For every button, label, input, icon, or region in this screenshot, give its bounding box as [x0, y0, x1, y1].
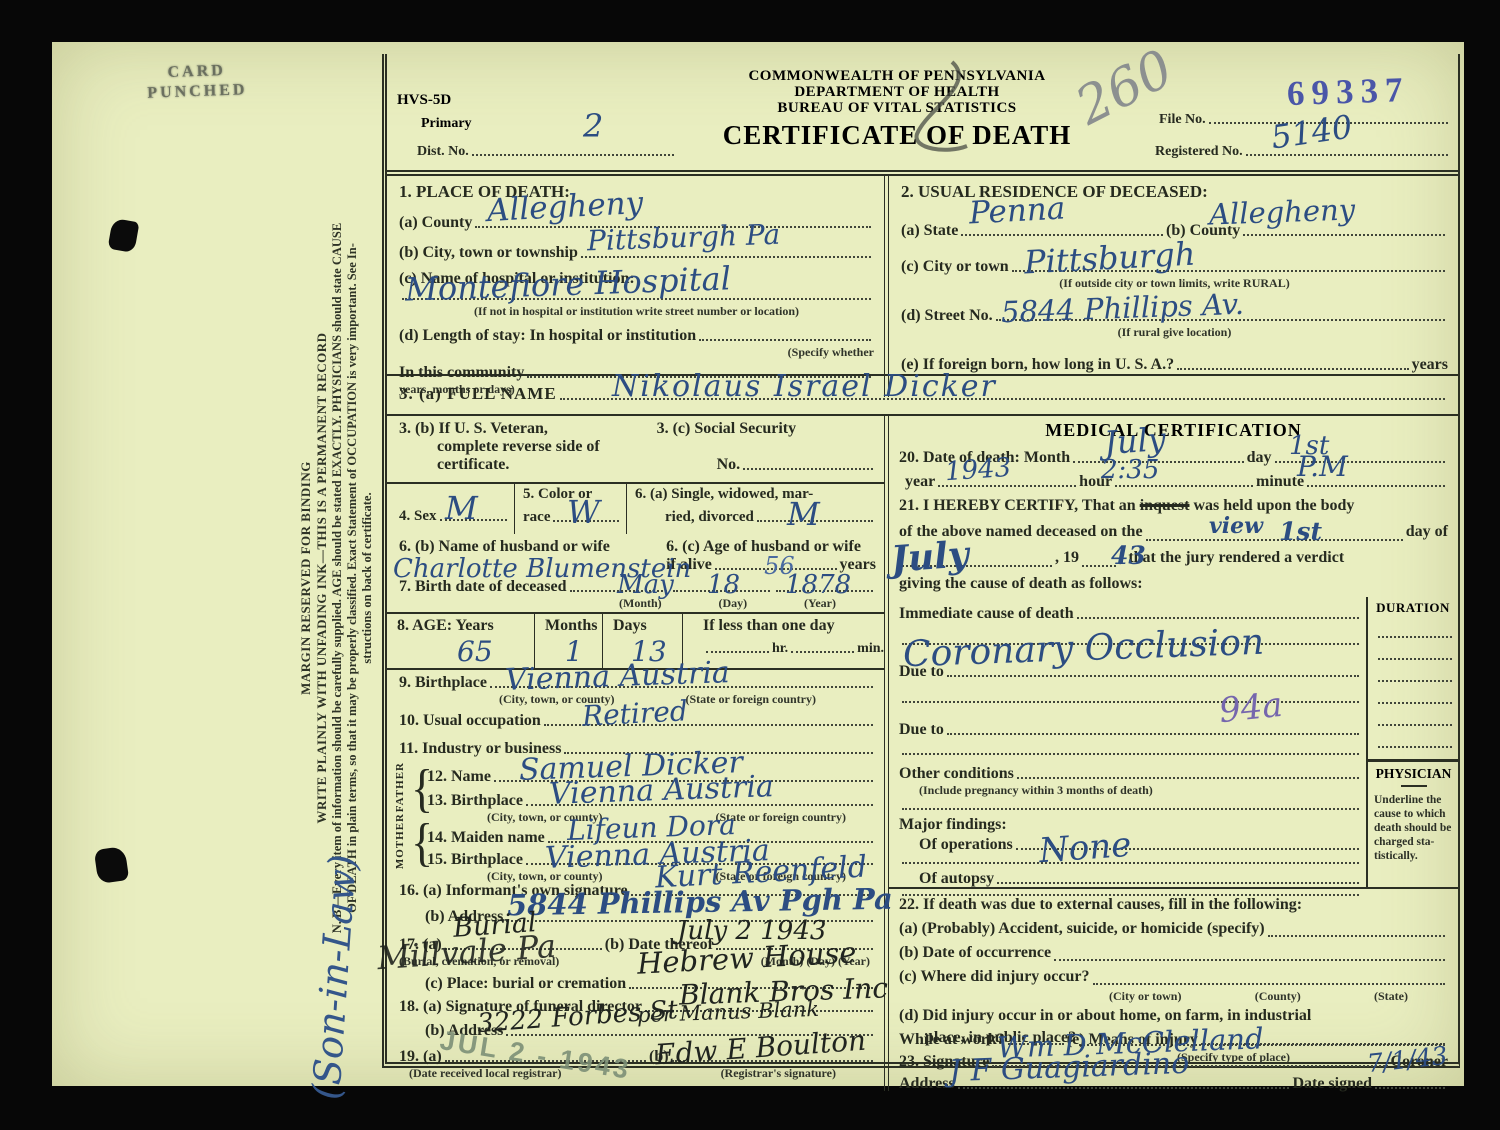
immediate-cause-blank — [1077, 617, 1359, 619]
age-years-cell: 8. AGE: Years 65 — [387, 614, 535, 668]
s22-a-blank — [1268, 935, 1445, 937]
other-conditions-fields: Other conditions (Include pregnancy with… — [889, 759, 1366, 887]
s22-a-line: (a) (Probably) Accident, suicide, or hom… — [899, 917, 1448, 941]
veteran-block: 3. (b) If U. S. Veteran, complete revers… — [399, 420, 657, 482]
s22-b-line: (b) Date of occurrence — [899, 941, 1448, 965]
coroner-addr-blank — [958, 1087, 1290, 1089]
birthdate-year-value: 1878 — [785, 572, 851, 598]
full-name-value: Nikolaus Israel Dicker — [612, 372, 997, 402]
hr-label: hr. — [772, 641, 788, 657]
due-to-1-blank — [947, 675, 1359, 677]
dod-month-value: July — [1103, 423, 1167, 459]
s2-state-label: (a) State — [901, 222, 958, 240]
duration-line — [1378, 724, 1452, 726]
informant-addr-value: 5844 Phillips Av Pgh Pa — [507, 885, 893, 921]
cause-of-death-grid: Immediate cause of death Coronary Occlus… — [889, 597, 1458, 759]
age-less-label: If less than one day — [703, 617, 835, 634]
form-header: HVS-5D Primary Dist. No. 2 COMMONWEALTH … — [387, 54, 1458, 176]
autopsy-value: None — [1038, 828, 1132, 868]
color-race-cell: 5. Color or race W — [515, 484, 627, 534]
ssn-blank — [743, 468, 873, 470]
certificate-form: HVS-5D Primary Dist. No. 2 COMMONWEALTH … — [382, 54, 1460, 1068]
due-to-2-label: Due to — [899, 721, 944, 739]
dod-minute-value: P.M — [1297, 453, 1348, 481]
mother-brace: { — [411, 817, 427, 870]
left-column: 3. (b) If U. S. Veteran, complete revers… — [387, 416, 884, 1091]
page-background: { "colors": { "paper": "#e9eec0", "print… — [0, 0, 1500, 1130]
date-signed-label: Date signed — [1292, 1075, 1372, 1093]
s1-stay-line: (d) Length of stay: In hospital or insti… — [399, 319, 874, 345]
section-usual-residence: 2. USUAL RESIDENCE OF DECEASED: (a) Stat… — [889, 176, 1458, 397]
autopsy-blank — [997, 882, 1359, 884]
other-conditions-line: Other conditions — [899, 761, 1362, 783]
margin-line1: MARGIN RESERVED FOR BINDING — [298, 84, 314, 1072]
while-at-work-label: While at work? — [899, 1031, 1005, 1049]
main-columns: 3. (b) If U. S. Veteran, complete revers… — [387, 416, 1458, 1091]
file-no-label: File No. — [1159, 112, 1206, 128]
s22-b-blank — [1054, 959, 1445, 961]
coroner-addr-label: Address — [899, 1075, 955, 1093]
due2-blank2 — [902, 753, 1359, 755]
occupation-value: Retired — [581, 697, 688, 730]
punch-hole-bottom — [94, 846, 129, 884]
certify-month-value: July — [890, 536, 970, 577]
certify-day-blank — [1146, 539, 1403, 541]
card-punched-stamp: CARD PUNCHED — [146, 60, 247, 103]
right-column-medical: MEDICAL CERTIFICATION 20. Date of death:… — [889, 416, 1458, 1091]
s2-years-suffix: years — [1412, 356, 1448, 374]
full-name-row: 3. (a) FULL NAME Nikolaus Israel Dicker — [387, 376, 1458, 416]
duration-line — [1378, 636, 1452, 638]
operations-label: Of operations — [899, 836, 1013, 854]
spouse-name-block: 6. (b) Name of husband or wife Charlotte… — [399, 538, 666, 574]
min-blank — [791, 651, 854, 653]
certify-p2: was held upon the body — [1193, 497, 1354, 514]
veteran-label: 3. (b) If U. S. Veteran, — [399, 420, 657, 438]
s1-stay-label: (d) Length of stay: In hospital or insti… — [399, 327, 696, 345]
dist-no-label: Dist. No. — [417, 144, 469, 160]
marital-label2: ried, divorced — [635, 509, 754, 526]
form-code: HVS-5D — [397, 92, 451, 109]
certify-l3a: , 19 — [1055, 545, 1079, 571]
date-signed-blank — [1375, 1087, 1445, 1089]
certify-l3b: ; that the jury rendered a verdict — [1119, 545, 1344, 571]
duration-header: DURATION — [1368, 597, 1458, 616]
punch-hole-top — [108, 218, 140, 253]
sex-value: M — [445, 492, 478, 524]
age-days-label: Days — [613, 617, 647, 634]
ssn-no-label: No. — [717, 456, 741, 474]
race-value: W — [567, 496, 600, 528]
s22-c-cap3: (State) — [1374, 989, 1408, 1004]
dod-hour-value: 2:35 — [1101, 457, 1159, 483]
registrar-b-cap: (Registrar's signature) — [721, 1066, 836, 1081]
occupation-label: 10. Usual occupation — [399, 712, 541, 730]
s2-city-value: Pittsburgh — [1023, 238, 1196, 279]
s2-foreign-blank — [1177, 368, 1409, 370]
immediate-cause-label: Immediate cause of death — [899, 605, 1074, 623]
duration-line — [1378, 658, 1452, 660]
s22-c-label: (c) Where did injury occur? — [899, 965, 1090, 989]
registrar-captions: (Date received local registrar) (Registr… — [399, 1066, 876, 1081]
mother-maiden-label: 14. Maiden name — [427, 829, 545, 847]
section-place-of-death: 1. PLACE OF DEATH: (a) County Allegheny … — [387, 176, 884, 397]
registered-no-label: Registered No. — [1155, 144, 1243, 160]
s22-c-cap2: (County) — [1255, 989, 1301, 1004]
external-causes-block: 22. If death was due to external causes,… — [889, 889, 1458, 1025]
sex-label: 4. Sex — [399, 508, 437, 525]
s1-city-blank — [581, 256, 871, 258]
occupation-row: 10. Usual occupation Retired — [387, 708, 884, 736]
full-name-label: 3. (a) FULL NAME — [399, 384, 557, 404]
marital-line: ried, divorced — [635, 509, 876, 526]
dist-no-blank-line — [472, 154, 674, 156]
due-to-2-line: Due to — [899, 707, 1362, 739]
dod-year-label: year — [899, 473, 935, 491]
father-label: FATHER — [394, 762, 406, 812]
age-label: 8. AGE: Years — [397, 617, 494, 634]
mother-birthplace-label: 15. Birthplace — [427, 851, 523, 869]
death-certificate-card: CARD PUNCHED MARGIN RESERVED FOR BINDING… — [52, 42, 1464, 1086]
birthplace-label: 9. Birthplace — [399, 674, 487, 692]
dod-day-label: day — [1247, 449, 1272, 467]
mother-label: MOTHER — [394, 813, 406, 869]
due1-blank2 — [902, 701, 1359, 703]
ssn-block: 3. (c) Social Security No. — [657, 420, 876, 482]
s2-state-blank — [961, 234, 1163, 236]
due-to-2-blank — [947, 733, 1359, 735]
other-conditions-blank — [1017, 777, 1359, 779]
birthplace-value: Vienna Austria — [505, 658, 731, 696]
date-of-death-block: 20. Date of death: Month day July 1st ye… — [889, 441, 1458, 491]
major-findings-label: Major findings: — [899, 816, 1362, 834]
duration-line — [1378, 702, 1452, 704]
autopsy-label: Of autopsy — [899, 870, 994, 888]
other-conditions-caption: (Include pregnancy within 3 months of de… — [899, 783, 1362, 798]
s2-state-value: Penna — [968, 194, 1066, 230]
s22-b-label: (b) Date of occurrence — [899, 941, 1051, 965]
hr-blank — [706, 651, 769, 653]
other-conditions-grid: Other conditions (Include pregnancy with… — [889, 759, 1458, 889]
physician-note-box: PHYSICIAN Underline the cause to which d… — [1366, 759, 1458, 887]
coroner-block: While at work? (e) Means of injury 23. S… — [889, 1025, 1458, 1091]
father-name-label: 12. Name — [427, 768, 491, 786]
certify-line1: 21. I HEREBY CERTIFY, That an inquest wa… — [899, 493, 1448, 519]
spouse-age-block: 6. (c) Age of husband or wife if alive y… — [666, 538, 876, 574]
sex-color-marital-row: 4. Sex M 5. Color or race W 6. (a) Singl… — [387, 484, 884, 534]
dod-minute-blank — [1307, 485, 1445, 487]
certify-struck-word: inquest — [1140, 497, 1190, 514]
certify-block: 21. I HEREBY CERTIFY, That an inquest wa… — [889, 491, 1458, 597]
due-to-2-blank-line — [899, 739, 1362, 759]
dist-no-value-handwriting: 2 — [583, 110, 603, 142]
s2-city-label: (c) City or town — [901, 258, 1009, 276]
s22-a-label: (a) (Probably) Accident, suicide, or hom… — [899, 917, 1265, 941]
cause-fields: Immediate cause of death Coronary Occlus… — [889, 597, 1366, 759]
s22-c-blank — [1093, 983, 1446, 985]
certificate-title: CERTIFICATE OF DEATH — [647, 120, 1147, 151]
autopsy-line: Of autopsy — [899, 868, 1362, 888]
statistical-code-value: 94a — [1217, 688, 1284, 728]
physician-rule — [1401, 785, 1427, 787]
other-conditions-label: Other conditions — [899, 765, 1014, 783]
s1-county-label: (a) County — [399, 214, 472, 232]
marital-cell: 6. (a) Single, widowed, mar- ried, divor… — [627, 484, 884, 534]
age-months-label: Months — [545, 617, 597, 634]
s22-c-cap1: (City or town) — [1109, 989, 1181, 1004]
s22-c-line: (c) Where did injury occur? — [899, 965, 1448, 989]
duration-line — [1378, 680, 1452, 682]
parent-vertical-labels: FATHER MOTHER — [389, 762, 411, 870]
certify-line4: giving the cause of death as follows: — [899, 571, 1448, 597]
primary-label: Primary — [421, 116, 472, 132]
s2-county-blank — [1243, 234, 1445, 236]
s2-street-label: (d) Street No. — [901, 307, 993, 325]
bureau-line: BUREAU OF VITAL STATISTICS — [647, 100, 1147, 116]
color-label2: race — [523, 509, 550, 526]
birthdate-month-value: May — [617, 572, 674, 598]
certify-line3: , 19 ; that the jury rendered a verdict — [899, 545, 1448, 571]
certify-year-value: 43 — [1111, 543, 1146, 568]
certify-l2b: day of — [1406, 519, 1448, 545]
certify-line2: of the above named deceased on the day o… — [899, 519, 1448, 545]
s2-street-caption: (If rural give location) — [901, 325, 1448, 340]
due-to-1-blank-line — [899, 681, 1362, 707]
sex-cell: 4. Sex M — [387, 484, 515, 534]
duration-column: DURATION — [1366, 597, 1458, 759]
s1-city-value: Pittsburgh Pa — [587, 221, 781, 256]
ssn-line: No. — [657, 456, 876, 474]
certify-day-value: 1st — [1279, 519, 1322, 544]
min-label: min. — [857, 641, 884, 657]
marital-value: M — [787, 498, 820, 530]
s2-county-value: Allegheny — [1209, 195, 1356, 229]
s1-city-label: (b) City, town or township — [399, 244, 578, 262]
medical-certification-title: MEDICAL CERTIFICATION — [889, 416, 1458, 441]
registrar-a-label: 19. (a) — [399, 1048, 442, 1066]
birthdate-day-value: 18 — [707, 572, 740, 598]
coroner-addr-value: J F Guagiardino — [949, 1049, 1190, 1087]
father-birthplace-label: 13. Birthplace — [427, 792, 523, 810]
registrar-row: JUL 2 - 1943 19. (a) (b) Edw E Boulton (… — [387, 1036, 884, 1082]
other-blank-line — [899, 798, 1362, 814]
margin-line5: structions on back of certificate. — [360, 84, 375, 1072]
s1-specify-caption: (Specify whether — [399, 345, 874, 360]
dod-hour-blank — [1115, 485, 1253, 487]
parent-braces: { { — [411, 762, 427, 870]
other-blank2 — [902, 808, 1359, 810]
veteran-ssn-row: 3. (b) If U. S. Veteran, complete revers… — [387, 416, 884, 484]
spouse-row: 6. (b) Name of husband or wife Charlotte… — [387, 534, 884, 574]
age-hr-min-line: hr. min. — [703, 641, 884, 657]
ssn-label: 3. (c) Social Security — [657, 420, 876, 438]
immediate-cause-line: Immediate cause of death — [899, 597, 1362, 623]
s22-heading: 22. If death was due to external causes,… — [899, 893, 1448, 917]
father-brace: { — [411, 763, 427, 816]
birthplace-cap2: (State or foreign country) — [685, 692, 816, 707]
veteran-line3: certificate. — [399, 456, 657, 474]
s1-stay-blank — [699, 339, 871, 341]
duration-line — [1378, 746, 1452, 748]
certify-p1: 21. I HEREBY CERTIFY, That an — [899, 497, 1136, 514]
place-and-residence-row: 1. PLACE OF DEATH: (a) County Allegheny … — [387, 176, 1458, 376]
physician-label: PHYSICIAN — [1374, 766, 1453, 782]
certify-view-insert: view — [1209, 515, 1263, 537]
card-punched-line2: PUNCHED — [147, 80, 248, 103]
s2-street-value: 5844 Phillips Av. — [1001, 290, 1245, 327]
district-number-field: Dist. No. — [417, 144, 677, 160]
s22-c-captions: (City or town) (County) (State) — [899, 989, 1448, 1004]
s1-county-value: Allegheny — [486, 188, 644, 227]
marital-label1: 6. (a) Single, widowed, mar- — [635, 486, 876, 503]
spouse-name-label: 6. (b) Name of husband or wife — [399, 538, 610, 555]
father-birthplace-value: Vienna Austria — [549, 772, 775, 810]
age-years-value: 65 — [457, 638, 493, 666]
dod-year-value: 1943 — [944, 455, 1012, 486]
physician-note: Underline the cause to which death shoul… — [1374, 793, 1453, 863]
veteran-line2: complete reverse side of — [399, 438, 657, 456]
